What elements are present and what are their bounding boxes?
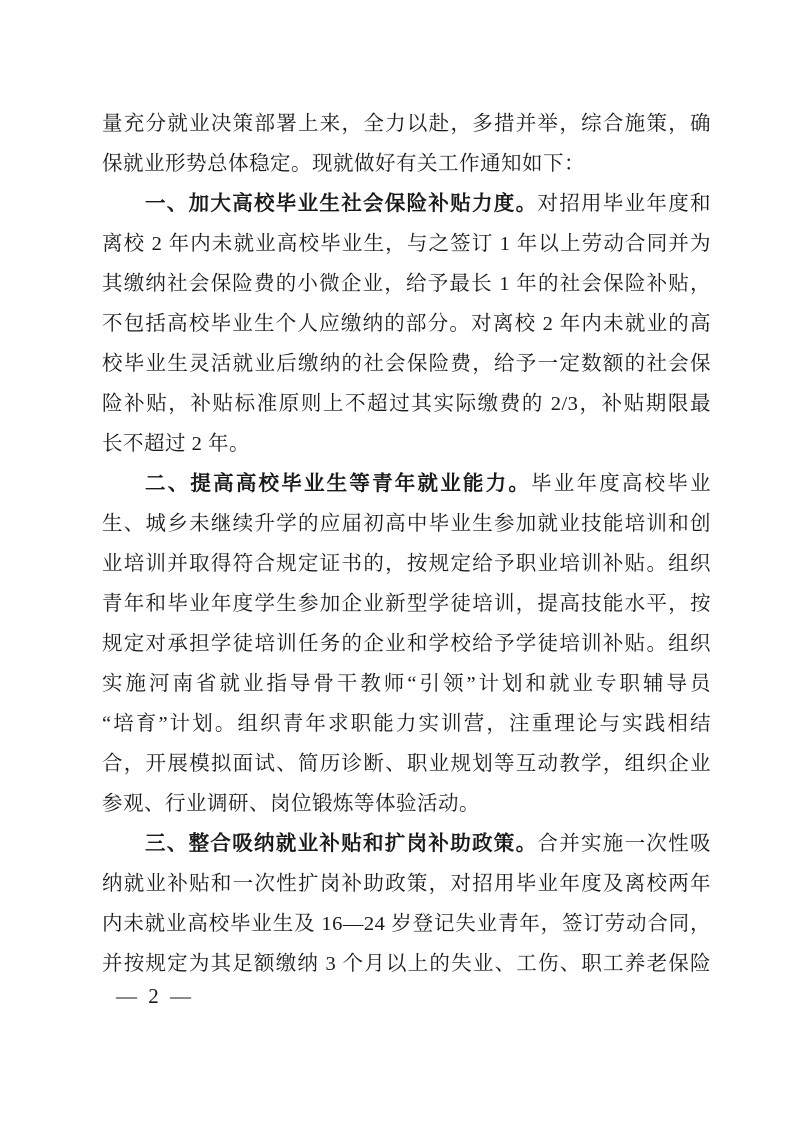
text-line: 长不超过 2 年。 (102, 424, 711, 464)
body-text-segment: 实施河南省就业指导骨干教师“引领”计划和就业专职辅导员 (102, 673, 711, 695)
document-page: 量充分就业决策部署上来，全力以赴，多措并举，综合施策，确保就业形势总体稳定。现就… (0, 0, 800, 1131)
text-line: 二、提高高校毕业生等青年就业能力。毕业年度高校毕业 (102, 464, 711, 504)
text-line: 并按规定为其足额缴纳 3 个月以上的失业、工伤、职工养老保险 (102, 944, 711, 984)
body-text-segment: 生、城乡未继续升学的应届初高中毕业生参加就业技能培训和创 (102, 513, 711, 535)
body-text-segment: 并按规定为其足额缴纳 3 个月以上的失业、工伤、职工养老保险 (102, 953, 711, 975)
section-heading: 三、整合吸纳就业补贴和扩岗补助政策。 (145, 832, 537, 855)
body-text-segment: 毕业年度高校毕业 (531, 473, 711, 495)
text-line: 实施河南省就业指导骨干教师“引领”计划和就业专职辅导员 (102, 664, 711, 704)
body-text-segment: 合，开展模拟面试、简历诊断、职业规划等互动教学，组织企业 (102, 753, 711, 775)
text-line: 其缴纳社会保险费的小微企业，给予最长 1 年的社会保险补贴， (102, 264, 711, 304)
text-line: 生、城乡未继续升学的应届初高中毕业生参加就业技能培训和创 (102, 504, 711, 544)
page-number: — 2 — (116, 984, 194, 1009)
body-text-segment: 青年和毕业年度学生参加企业新型学徒培训，提高技能水平，按 (102, 593, 711, 615)
text-line: 校毕业生灵活就业后缴纳的社会保险费，给予一定数额的社会保 (102, 344, 711, 384)
body-text-segment: 合并实施一次性吸 (537, 833, 711, 855)
text-line: 保就业形势总体稳定。现就做好有关工作通知如下： (102, 144, 711, 184)
body-text-segment: 参观、行业调研、岗位锻炼等体验活动。 (102, 793, 480, 815)
text-line: 离校 2 年内未就业高校毕业生，与之签订 1 年以上劳动合同并为 (102, 224, 711, 264)
body-text-segment: 离校 2 年内未就业高校毕业生，与之签订 1 年以上劳动合同并为 (102, 233, 711, 255)
text-line: “培育”计划。组织青年求职能力实训营，注重理论与实践相结 (102, 704, 711, 744)
body-text-segment: “培育”计划。组织青年求职能力实训营，注重理论与实践相结 (102, 713, 711, 735)
body-text-segment: 规定对承担学徒培训任务的企业和学校给予学徒培训补贴。组织 (102, 633, 711, 655)
text-line: 三、整合吸纳就业补贴和扩岗补助政策。合并实施一次性吸 (102, 824, 711, 864)
body-text-segment: 长不超过 2 年。 (102, 433, 250, 455)
text-line: 青年和毕业年度学生参加企业新型学徒培训，提高技能水平，按 (102, 584, 711, 624)
body-text-segment: 量充分就业决策部署上来，全力以赴，多措并举，综合施策，确 (102, 113, 711, 135)
body-text-segment: 校毕业生灵活就业后缴纳的社会保险费，给予一定数额的社会保 (102, 353, 711, 375)
body-text-segment: 对招用毕业年度和 (537, 193, 711, 215)
body-text-segment: 业培训并取得符合规定证书的，按规定给予职业培训补贴。组织 (102, 553, 711, 575)
text-line: 纳就业补贴和一次性扩岗补助政策，对招用毕业年度及离校两年 (102, 864, 711, 904)
text-line: 规定对承担学徒培训任务的企业和学校给予学徒培训补贴。组织 (102, 624, 711, 664)
text-line: 险补贴，补贴标准原则上不超过其实际缴费的 2/3，补贴期限最 (102, 384, 711, 424)
text-line: 内未就业高校毕业生及 16—24 岁登记失业青年，签订劳动合同， (102, 904, 711, 944)
document-body: 量充分就业决策部署上来，全力以赴，多措并举，综合施策，确保就业形势总体稳定。现就… (102, 104, 711, 984)
text-line: 不包括高校毕业生个人应缴纳的部分。对离校 2 年内未就业的高 (102, 304, 711, 344)
section-heading: 二、提高高校毕业生等青年就业能力。 (145, 472, 531, 495)
text-line: 量充分就业决策部署上来，全力以赴，多措并举，综合施策，确 (102, 104, 711, 144)
body-text-segment: 其缴纳社会保险费的小微企业，给予最长 1 年的社会保险补贴， (102, 273, 711, 295)
text-line: 参观、行业调研、岗位锻炼等体验活动。 (102, 784, 711, 824)
body-text-segment: 保就业形势总体稳定。现就做好有关工作通知如下： (102, 153, 585, 175)
section-heading: 一、加大高校毕业生社会保险补贴力度。 (145, 192, 537, 215)
body-text-segment: 险补贴，补贴标准原则上不超过其实际缴费的 2/3，补贴期限最 (102, 393, 711, 415)
text-line: 合，开展模拟面试、简历诊断、职业规划等互动教学，组织企业 (102, 744, 711, 784)
text-line: 业培训并取得符合规定证书的，按规定给予职业培训补贴。组织 (102, 544, 711, 584)
body-text-segment: 内未就业高校毕业生及 16—24 岁登记失业青年，签订劳动合同， (102, 913, 711, 935)
body-text-segment: 纳就业补贴和一次性扩岗补助政策，对招用毕业年度及离校两年 (102, 873, 711, 895)
body-text-segment: 不包括高校毕业生个人应缴纳的部分。对离校 2 年内未就业的高 (102, 313, 711, 335)
text-line: 一、加大高校毕业生社会保险补贴力度。对招用毕业年度和 (102, 184, 711, 224)
